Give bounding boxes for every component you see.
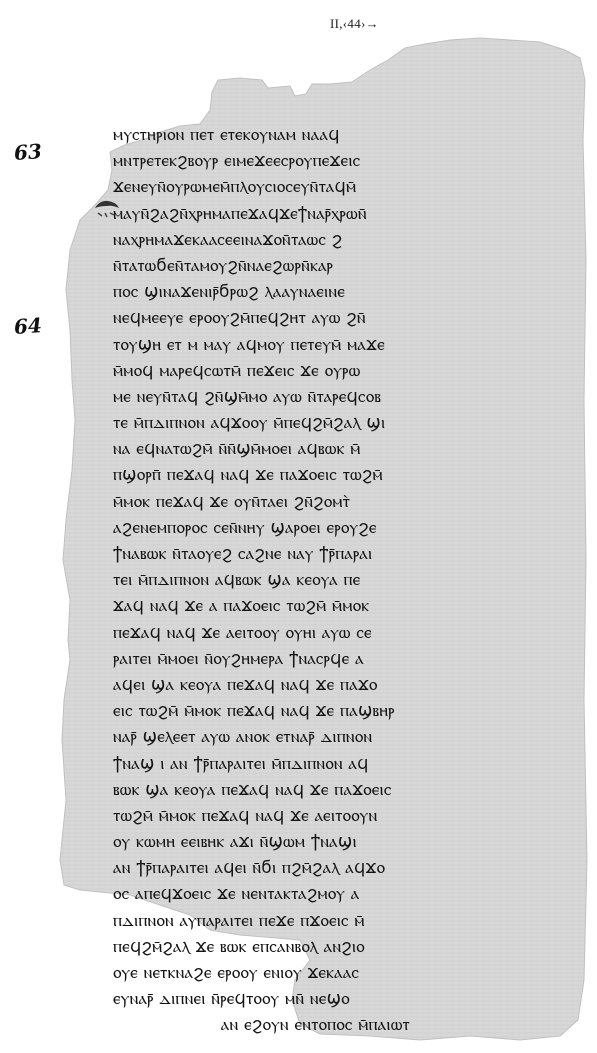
text-line: ϫⲁϥ ⲛⲁϥ ϫⲉ ⲁ ⲡⲁϫⲟⲉⲓⲥ ⲧⲱϩⲙ̄ ⲙ̄ⲙⲟⲕ [113,593,569,619]
logion-number-63: 63 [13,139,42,165]
text-line: ⲙⲛⲧⲣⲉⲧⲉⲕϩⲃⲟⲩⲣ ⲉⲓⲙⲉϫⲉⲉⲥⲣⲟⲩⲡⲉϫⲉⲓⲥ [113,148,569,174]
text-line: ⲡⲟⲥ ϣⲓⲛⲁϫⲉⲛⲓⲣ̄ϭⲣⲱϩ ⲗⲁⲁⲩⲛⲁⲉⲓⲛⲉ [113,279,569,305]
text-line: ⲙⲁⲩⲛ̄ϩⲁϩⲛ̄ⲭⲣⲏⲙⲁⲡⲉϫⲁϥϫⲉϯⲛⲁⲣ̄ⲭⲣⲱⲛ̄ [113,201,569,227]
text-line: ⲡϣⲟⲣⲡ̄ ⲡⲉϫⲁϥ ⲛⲁϥ ϫⲉ ⲡⲁϫⲟⲉⲓⲥ ⲧⲱϩⲙ̄ [113,462,569,488]
text-line: ⲁϩⲉⲛⲉⲙⲡⲟⲣⲟⲥ ⲥⲉⲛ̄ⲛⲏⲩ ϣⲁⲣⲟⲉⲓ ⲉⲣⲟⲩϩⲉ [113,515,569,541]
text-line: ⲣⲁⲓⲧⲉⲓ ⲙ̄ⲙⲟⲉⲓ ⲛ̄ⲟⲩϩⲏⲙⲉⲣⲁ ϯⲛⲁⲥⲣϥⲉ ⲁ [113,646,569,672]
text-line: ⲡⲉϥϩⲙ̄ϩⲁⲗ ϫⲉ ⲃⲱⲕ ⲉⲡⲥⲁⲛⲃⲟⲗ ⲁⲛϩⲓⲟ [113,934,569,960]
text-line: ⲙ̄ⲙⲟϥ ⲙⲁⲣⲉϥⲥⲱⲧⲙ̄ ⲡⲉϫⲉⲓⲥ ϫⲉ ⲟⲩⲣⲱ [113,358,569,384]
logion-number-64: 64 [13,313,42,339]
text-line: ⲙⲉ ⲛⲉⲩⲛ̄ⲧⲁϥ ϩⲛ̄ϣⲙ̄ⲙⲟ ⲁⲩⲱ ⲛ̄ⲧⲁⲣⲉϥⲥⲟⲃ [113,384,569,410]
text-line: ⲟⲩⲉ ⲛⲉⲧⲕⲛⲁϩⲉ ⲉⲣⲟⲟⲩ ⲉⲛⲓⲟⲩ ϫⲉⲕⲁⲁⲥ [113,960,569,986]
text-line: ⲛ̄ⲧⲁⲧⲱϭⲉⲛ̄ⲧⲁⲙⲟⲩϩⲛ̄ⲛⲁⲉϩⲱⲣⲛ̄ⲕⲁⲣ [113,253,569,279]
text-line: ⲁⲛ ϯⲣ̄ⲡⲁⲣⲁⲓⲧⲉⲓ ⲁϥⲉⲓ ⲛ̄ϭⲓ ⲡϩⲙ̄ϩⲁⲗ ⲁϥϫⲟ [113,855,569,881]
text-line: ⲙⲩⲥⲧⲏⲣⲓⲟⲛ ⲡⲉⲧ ⲉⲧⲉⲕⲟⲩⲛⲁⲙ ⲛⲁⲁϥ [113,122,569,148]
text-line: ⲧⲟⲩϣⲏ ⲉⲧ ⲙ ⲙⲁⲩ ⲁϥⲙⲟⲩ ⲡⲉⲧⲉⲩⲙ̄ ⲙⲁϫⲉ [113,332,569,358]
page-reference: II,‹44›→ [330,16,379,32]
text-line: ⲛⲁⲭⲣⲏⲙⲁϫⲉⲕⲁⲁⲥⲉⲉⲓⲛⲁϫⲟⲛ̄ⲧⲁⲱⲥ ϩ [113,227,569,253]
text-line: ϫⲉⲛⲉⲩⲛ̄ⲟⲩⲣⲱⲙⲉⲙ̄ⲡⲗⲟⲩⲥⲓⲟⲥⲉⲩⲛ̄ⲧⲁϥⲙ̄ [113,174,569,200]
text-line: ⲧⲉ ⲙ̄ⲡⲇⲓⲡⲛⲟⲛ ⲁϥϫⲟⲟⲩ ⲙ̄ⲡⲉϥϩⲙ̄ϩⲁⲗ ϣⲓ [113,410,569,436]
text-line: ⲧⲉⲓ ⲙ̄ⲡⲇⲓⲡⲛⲟⲛ ⲁϥⲃⲱⲕ ϣⲁ ⲕⲉⲟⲩⲁ ⲡⲉ [113,567,569,593]
manuscript-text: ⲙⲩⲥⲧⲏⲣⲓⲟⲛ ⲡⲉⲧ ⲉⲧⲉⲕⲟⲩⲛⲁⲙ ⲛⲁⲁϥ ⲙⲛⲧⲣⲉⲧⲉⲕϩⲃⲟ… [113,122,578,1039]
text-line: ⲡⲉϫⲁϥ ⲛⲁϥ ϫⲉ ⲁⲉⲓⲧⲟⲟⲩ ⲟⲩⲏⲓ ⲁⲩⲱ ⲥⲉ [113,620,569,646]
text-line: ⲟⲩ ⲕⲱⲙⲏ ⲉⲉⲓⲃⲏⲕ ⲁϫⲓ ⲛ̄ϣⲱⲙ ϯⲛⲁϣⲓ [113,829,569,855]
text-line: ⲙ̄ⲙⲟⲕ ⲡⲉϫⲁϥ ϫⲉ ⲟⲩⲛ̄ⲧⲁⲉⲓ ϩⲛ̄ϩⲟⲙⲧ̀ [113,489,569,515]
text-line: ⲟⲥ ⲁⲡⲉϥϫⲟⲉⲓⲥ ϫⲉ ⲛⲉⲛⲧⲁⲕⲧⲁϩⲙⲟⲩ ⲁ [113,881,569,907]
text-line: ⲉⲩⲛⲁⲣ̄ ⲇⲓⲡⲛⲉⲓ ⲛ̄ⲣⲉϥⲧⲟⲟⲩ ⲙⲛ̄ ⲛⲉϣⲟ [113,986,569,1012]
text-line: ⲡⲇⲓⲡⲛⲟⲛ ⲁⲩⲡⲁⲣⲁⲓⲧⲉⲓ ⲡⲉϫⲉ ⲡϫⲟⲉⲓⲥ ⲙ̄ [113,908,569,934]
text-line: ⲛⲉϥⲙⲉⲉⲩⲉ ⲉⲣⲟⲟⲩϩⲙ̄ⲡⲉϥϩⲏⲧ ⲁⲩⲱ ϩⲛ̄ [113,305,569,331]
text-line: ϯⲛⲁⲃⲱⲕ ⲛ̄ⲧⲁⲟⲩⲉϩ ⲥⲁϩⲛⲉ ⲛⲁⲩ ϯⲣ̄ⲡⲁⲣⲁⲓ [113,541,569,567]
text-line: ⲛⲁⲣ̄ ϣⲉⲗⲉⲉⲧ ⲁⲩⲱ ⲁⲛⲟⲕ ⲉⲧⲛⲁⲣ̄ ⲇⲓⲡⲛⲟⲛ [113,724,569,750]
text-line: ⲛⲁ ⲉϥⲛⲁⲧⲱϩⲙ̄ ⲛ̄ⲛ̄ϣⲙ̄ⲙⲟⲉⲓ ⲁϥⲃⲱⲕ ⲙ̄ [113,436,569,462]
text-line: ϯⲛⲁϣ ⲓ ⲁⲛ ϯⲣ̄ⲡⲁⲣⲁⲓⲧⲉⲓ ⲙ̄ⲡⲇⲓⲡⲛⲟⲛ ⲁϥ [113,751,569,777]
text-line: ⲧⲱϩⲙ̄ ⲙ̄ⲙⲟⲕ ⲡⲉϫⲁϥ ⲛⲁϥ ϫⲉ ⲁⲉⲓⲧⲟⲟⲩⲛ [113,803,569,829]
text-line: ⲃⲱⲕ ϣⲁ ⲕⲉⲟⲩⲁ ⲡⲉϫⲁϥ ⲛⲁϥ ϫⲉ ⲡⲁϫⲟⲉⲓⲥ [113,777,569,803]
text-line: ⲉⲓⲥ ⲧⲱϩⲙ̄ ⲙ̄ⲙⲟⲕ ⲡⲉϫⲁϥ ⲛⲁϥ ϫⲉ ⲡⲁϣⲃⲏⲣ [113,698,569,724]
text-line: ⲁϥⲉⲓ ϣⲁ ⲕⲉⲟⲩⲁ ⲡⲉϫⲁϥ ⲛⲁϥ ϫⲉ ⲡⲁϫⲟ [113,672,569,698]
text-line: ⲁⲛ ⲉϩⲟⲩⲛ ⲉⲛⲧⲟⲡⲟⲥ ⲙ̄ⲡⲁⲓⲱⲧ [113,1012,569,1038]
